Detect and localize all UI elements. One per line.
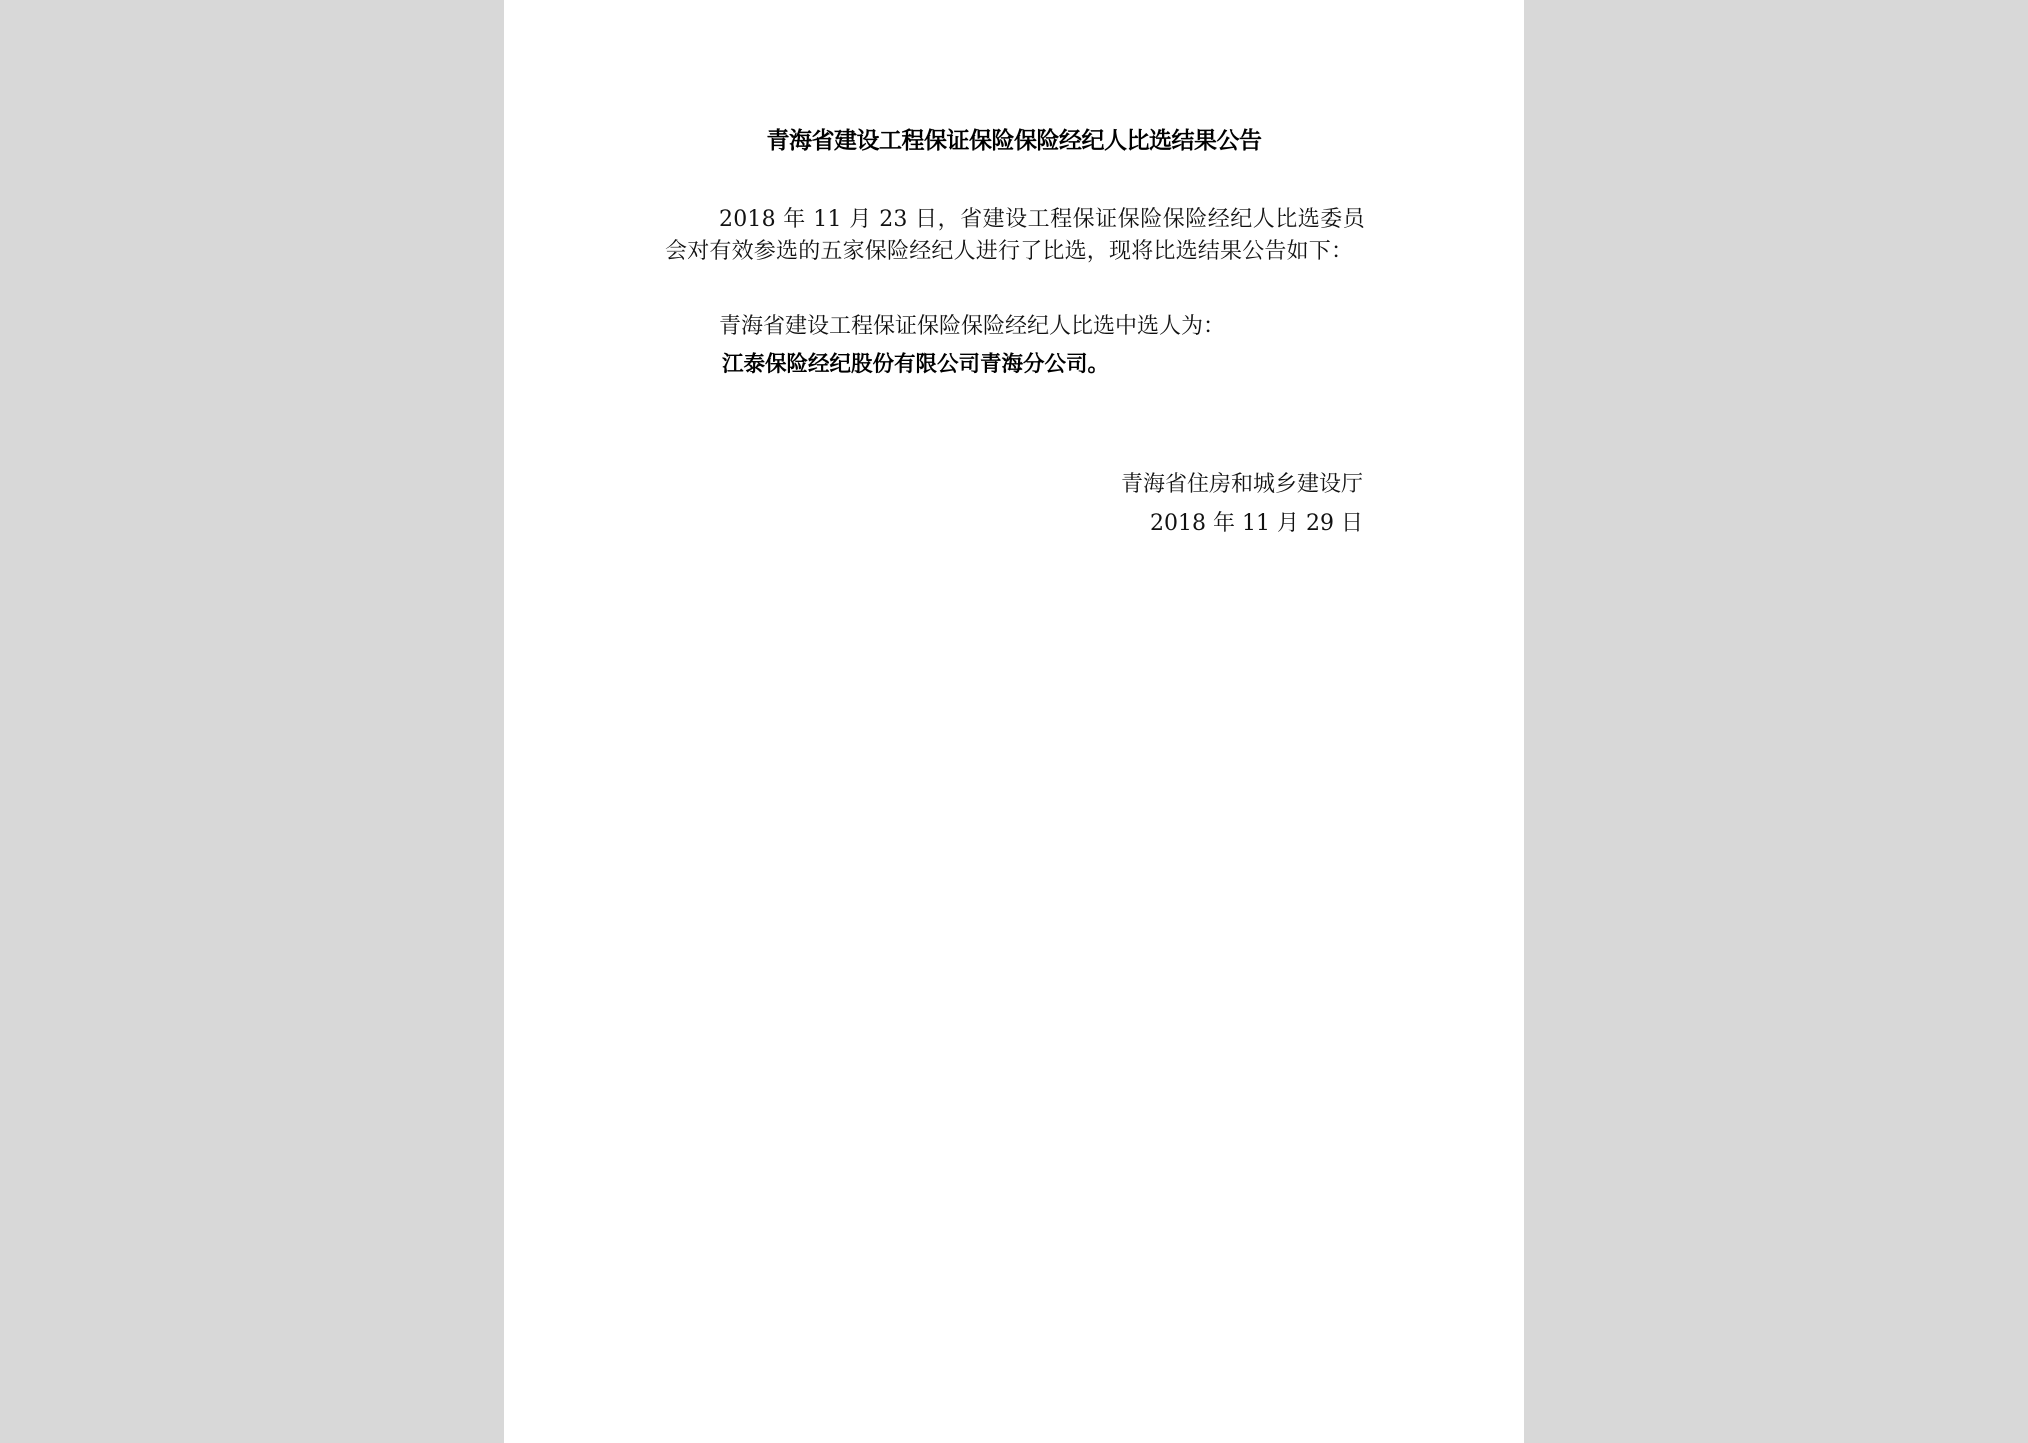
paragraph-text: 2018 年 11 月 23 日，省建设工程保证保险保险经纪人比选委员会对有效参… bbox=[665, 207, 1365, 264]
body-paragraph: 2018 年 11 月 23 日，省建设工程保证保险保险经纪人比选委员会对有效参… bbox=[665, 204, 1365, 267]
winner-name: 江泰保险经纪股份有限公司青海分公司。 bbox=[722, 347, 1109, 378]
document-title: 青海省建设工程保证保险保险经纪人比选结果公告 bbox=[504, 122, 1524, 155]
signature-date: 2018 年 11 月 29 日 bbox=[1150, 506, 1363, 537]
document-page: 青海省建设工程保证保险保险经纪人比选结果公告 2018 年 11 月 23 日，… bbox=[504, 0, 1524, 1443]
signature-organization: 青海省住房和城乡建设厅 bbox=[1121, 467, 1363, 498]
selected-candidate-label: 青海省建设工程保证保险保险经纪人比选中选人为： bbox=[719, 309, 1225, 340]
